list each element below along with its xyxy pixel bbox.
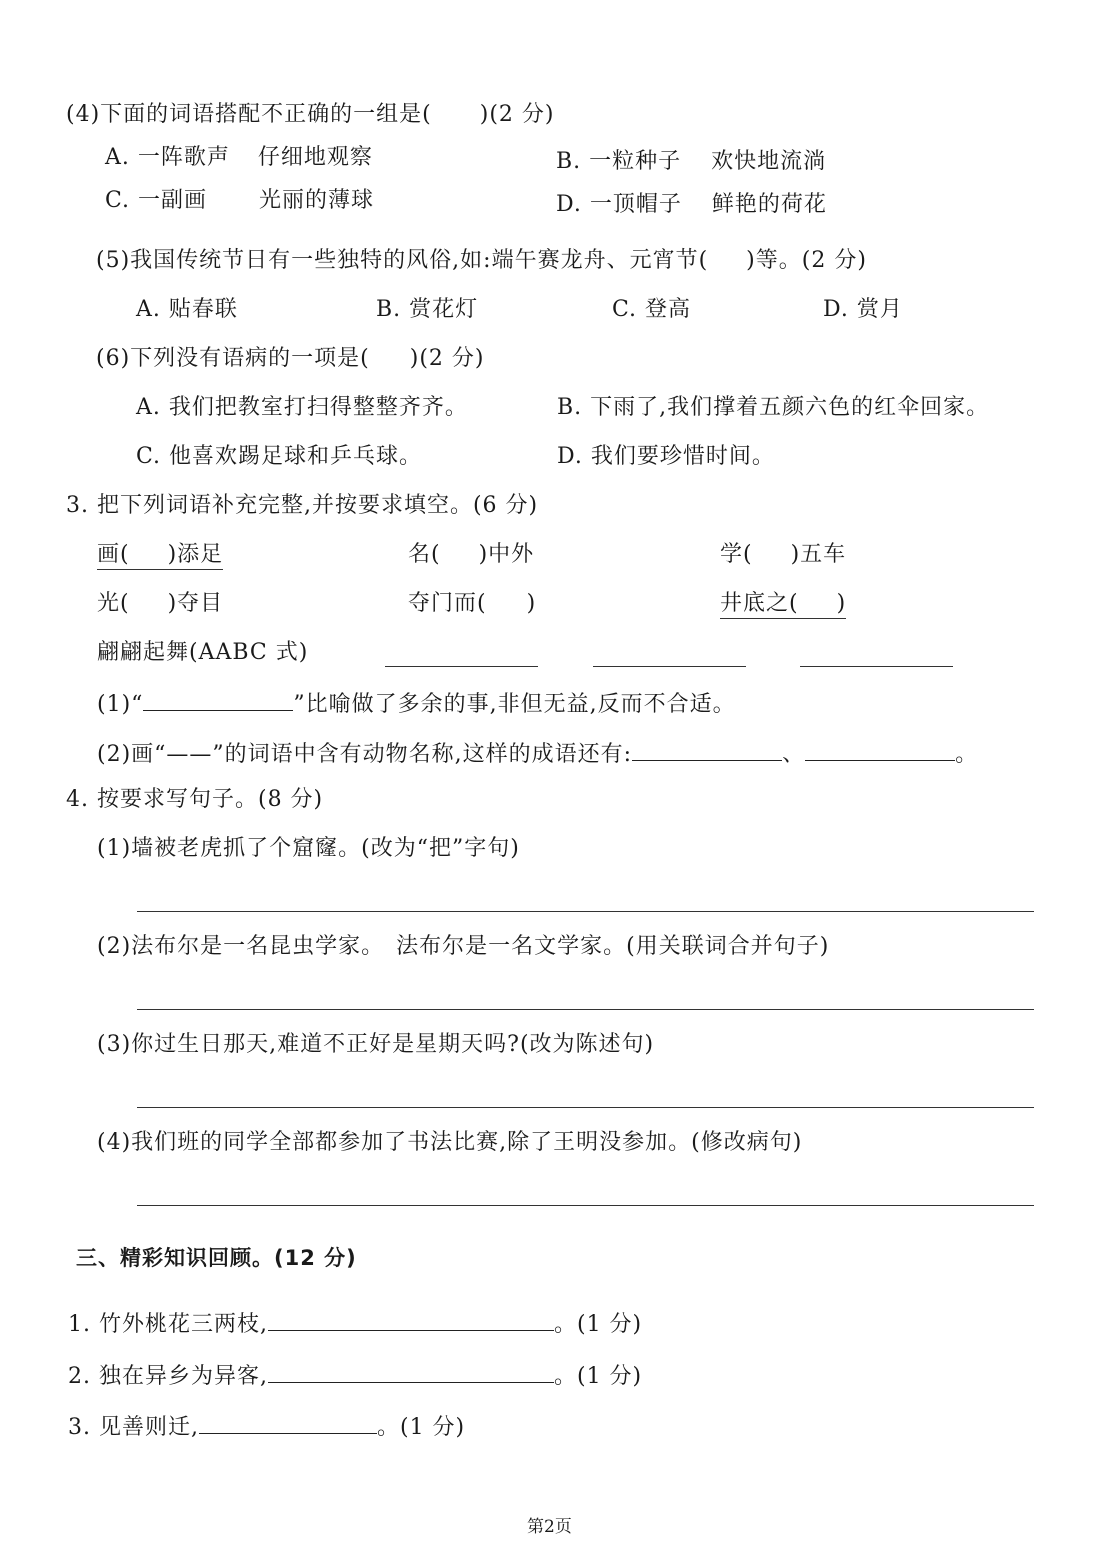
idiom-pre: 名( — [408, 542, 441, 567]
option-c: C. 登高 — [612, 295, 691, 325]
q4-item-3: (3)你过生日那天,难道不正好是星期天吗?(改为陈述句) — [97, 1030, 654, 1060]
poem-item-2: 2. 独在异乡为异客,。(1 分) — [68, 1360, 642, 1392]
idiom-post: ) — [837, 591, 847, 616]
poem-item-1: 1. 竹外桃花三两枝,。(1 分) — [68, 1308, 642, 1340]
option-phrase: 欢快地流淌 — [711, 149, 826, 174]
idiom-fill-6[interactable]: 井底之() — [720, 589, 846, 619]
stem-score: )(2 分) — [410, 346, 485, 371]
sub-prefix: (2)画“——”的词语中含有动物名称,这样的成语还有: — [97, 742, 632, 767]
idiom-fill-2[interactable]: 名()中外 — [408, 540, 534, 570]
option-d: D. 赏月 — [823, 295, 903, 325]
option-label: A. 一阵歌声 — [105, 145, 230, 170]
idiom-fill-3[interactable]: 学()五车 — [720, 540, 846, 570]
idiom-pre: 光( — [97, 591, 130, 616]
sub2-answer-blank-1[interactable] — [632, 738, 782, 761]
option-b: B. 下雨了,我们撑着五颜六色的红伞回家。 — [557, 393, 989, 423]
idiom-underlined: 井底之() — [720, 591, 846, 619]
q4-answer-line-2[interactable] — [137, 1009, 1034, 1010]
q3-sub1: (1)“”比喻做了多余的事,非但无益,反而不合适。 — [97, 688, 736, 720]
option-phrase: 光丽的薄球 — [259, 188, 374, 213]
option-a: A. 贴春联 — [136, 295, 238, 325]
poem-line: 1. 竹外桃花三两枝, — [68, 1312, 268, 1337]
option-b: B. 赏花灯 — [376, 295, 478, 325]
option-label: D. 一顶帽子 — [556, 192, 682, 217]
idiom-post: )夺目 — [168, 591, 224, 616]
question-2-6-stem: (6)下列没有语病的一项是()(2 分) — [96, 344, 485, 374]
stem-text: (4)下面的词语搭配不正确的一组是( — [66, 102, 432, 127]
q4-answer-line-3[interactable] — [137, 1107, 1034, 1108]
option-b: B. 一粒种子欢快地流淌 — [556, 147, 826, 177]
idiom-pre: 学( — [720, 542, 753, 567]
aabc-answer-line-3[interactable] — [800, 666, 953, 667]
poem-line: 2. 独在异乡为异客, — [68, 1364, 268, 1389]
question-4-title: 4. 按要求写句子。(8 分) — [66, 785, 323, 815]
stem-score: )等。(2 分) — [746, 248, 867, 273]
period: 。 — [955, 742, 978, 767]
q4-item-1: (1)墙被老虎抓了个窟窿。(改为“把”字句) — [97, 834, 520, 864]
q4-item-4: (4)我们班的同学全部都参加了书法比赛,除了王明没参加。(修改病句) — [97, 1128, 802, 1158]
idiom-pre: 画( — [97, 542, 130, 567]
sub-text: ”比喻做了多余的事,非但无益,反而不合适。 — [293, 692, 735, 717]
question-2-4-stem: (4)下面的词语搭配不正确的一组是()(2 分) — [66, 100, 555, 130]
poem-item-3: 3. 见善则迁,。(1 分) — [68, 1411, 465, 1443]
separator: 、 — [782, 742, 805, 767]
option-d: D. 我们要珍惜时间。 — [557, 442, 775, 472]
option-label: B. 一粒种子 — [556, 149, 681, 174]
option-c: C. 一副画光丽的薄球 — [105, 186, 374, 216]
q4-item-2: (2)法布尔是一名昆虫学家。 法布尔是一名文学家。(用关联词合并句子) — [97, 932, 829, 962]
aabc-label: 翩翩起舞(AABC 式) — [97, 638, 308, 668]
q4-answer-line-1[interactable] — [137, 911, 1034, 912]
stem-text: (5)我国传统节日有一些独特的风俗,如:端午赛龙舟、元宵节( — [96, 248, 708, 273]
sub1-answer-blank[interactable] — [143, 688, 293, 711]
idiom-post: ) — [527, 591, 537, 616]
poem-score: 。(1 分) — [554, 1312, 642, 1337]
option-phrase: 鲜艳的荷花 — [712, 192, 827, 217]
option-d: D. 一顶帽子鲜艳的荷花 — [556, 190, 827, 220]
question-2-5-stem: (5)我国传统节日有一些独特的风俗,如:端午赛龙舟、元宵节()等。(2 分) — [96, 246, 867, 276]
question-3-title: 3. 把下列词语补充完整,并按要求填空。(6 分) — [66, 491, 538, 521]
stem-text: (6)下列没有语病的一项是( — [96, 346, 370, 371]
poem-answer-blank-3[interactable] — [199, 1411, 377, 1434]
idiom-post: )添足 — [168, 542, 224, 567]
idiom-fill-1[interactable]: 画()添足 — [97, 540, 223, 570]
poem-score: 。(1 分) — [554, 1364, 642, 1389]
option-c: C. 他喜欢踢足球和乒乓球。 — [136, 442, 422, 472]
idiom-post: )中外 — [479, 542, 535, 567]
q3-sub2: (2)画“——”的词语中含有动物名称,这样的成语还有:、。 — [97, 738, 978, 770]
sub2-answer-blank-2[interactable] — [805, 738, 955, 761]
aabc-answer-line-2[interactable] — [593, 666, 746, 667]
idiom-pre: 夺门而( — [408, 591, 487, 616]
option-a: A. 我们把教室打扫得整整齐齐。 — [136, 393, 468, 423]
stem-score: )(2 分) — [480, 102, 555, 127]
idiom-pre: 井底之( — [720, 591, 799, 616]
option-phrase: 仔细地观察 — [258, 145, 373, 170]
idiom-post: )五车 — [791, 542, 847, 567]
section-3-title: 三、精彩知识回顾。(12 分) — [76, 1243, 357, 1273]
poem-line: 3. 见善则迁, — [68, 1415, 199, 1440]
q4-answer-line-4[interactable] — [137, 1205, 1034, 1206]
option-a: A. 一阵歌声仔细地观察 — [105, 143, 373, 173]
sub-prefix: (1)“ — [97, 692, 143, 717]
poem-answer-blank-1[interactable] — [268, 1308, 554, 1331]
option-label: C. 一副画 — [105, 188, 207, 213]
idiom-underlined: 画()添足 — [97, 542, 223, 570]
poem-score: 。(1 分) — [377, 1415, 465, 1440]
page-number: 第2页 — [527, 1512, 572, 1537]
aabc-answer-line-1[interactable] — [385, 666, 538, 667]
idiom-fill-5[interactable]: 夺门而() — [408, 589, 536, 619]
poem-answer-blank-2[interactable] — [268, 1360, 554, 1383]
idiom-fill-4[interactable]: 光()夺目 — [97, 589, 223, 619]
